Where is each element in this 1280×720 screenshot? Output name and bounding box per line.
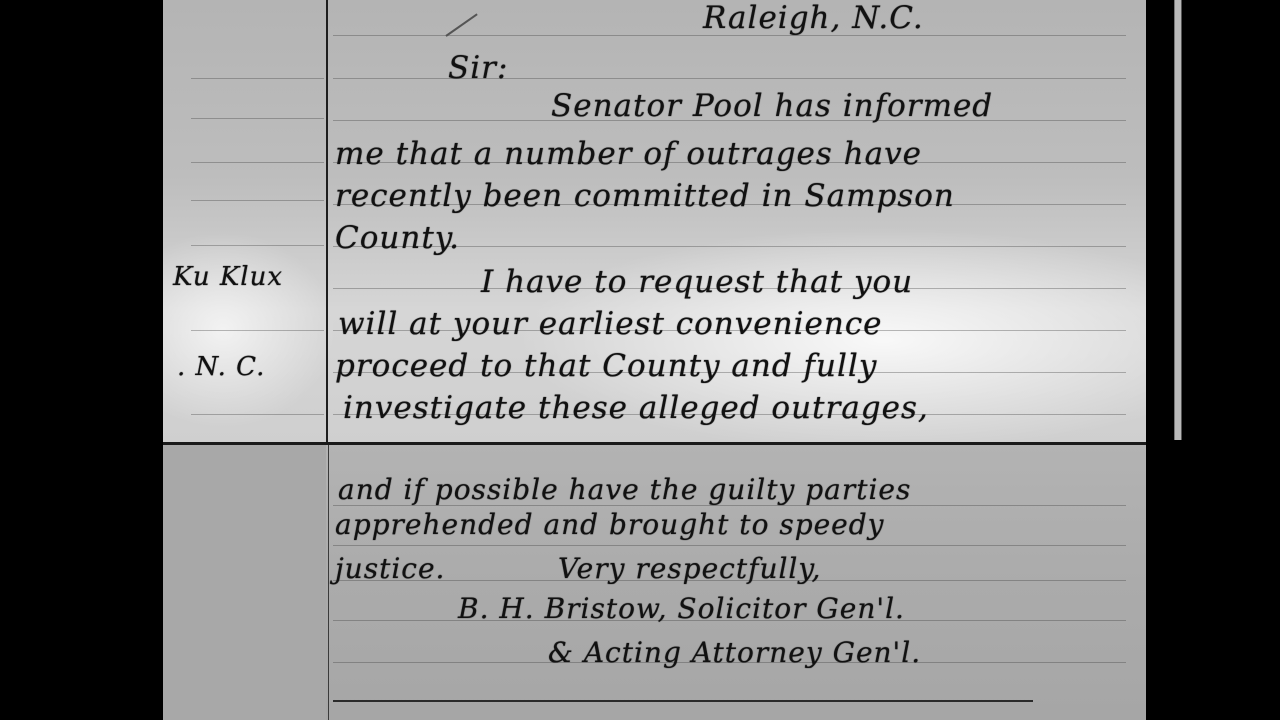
margin-ruled-line xyxy=(191,200,324,201)
closing-rule xyxy=(333,700,1033,702)
letter-line: investigate these alleged outrages, xyxy=(343,390,929,426)
letter-line: will at your earliest convenience xyxy=(338,306,883,342)
margin-ruled-line xyxy=(191,245,324,246)
margin-rule xyxy=(326,0,328,442)
letter-page: Ku Klux . N. C. Raleigh, N.C. Sir: Senat… xyxy=(163,0,1146,720)
letter-line: Senator Pool has informed xyxy=(551,88,993,124)
letter-line: justice. xyxy=(335,552,445,585)
letter-line: proceed to that County and fully xyxy=(335,348,877,384)
letter-salutation: Sir: xyxy=(448,50,508,86)
margin-ruled-line xyxy=(191,162,324,163)
letter-line: I have to request that you xyxy=(481,264,913,300)
letter-line: County. xyxy=(335,220,460,256)
scan-edge-bar xyxy=(1174,0,1182,440)
letter-line: me that a number of outrages have xyxy=(335,136,922,172)
signature-title: & Acting Attorney Gen'l. xyxy=(548,636,921,669)
letter-line: and if possible have the guilty parties xyxy=(338,473,911,506)
margin-rule xyxy=(328,445,329,720)
margin-ruled-line xyxy=(191,118,324,119)
letter-line: recently been committed in Sampson xyxy=(335,178,955,214)
letter-place: Raleigh, N.C. xyxy=(703,0,924,36)
ruled-line xyxy=(333,545,1126,546)
margin-ruled-line xyxy=(191,78,324,79)
margin-note-state: . N. C. xyxy=(177,352,265,382)
margin-ruled-line xyxy=(191,330,324,331)
letter-line: apprehended and brought to speedy xyxy=(335,508,885,541)
signature-name: B. H. Bristow, Solicitor Gen'l. xyxy=(458,592,905,625)
margin-note-subject: Ku Klux xyxy=(173,262,283,292)
margin-ruled-line xyxy=(191,414,324,415)
letter-closing: Very respectfully, xyxy=(558,552,821,585)
lower-margin-column xyxy=(163,445,326,720)
